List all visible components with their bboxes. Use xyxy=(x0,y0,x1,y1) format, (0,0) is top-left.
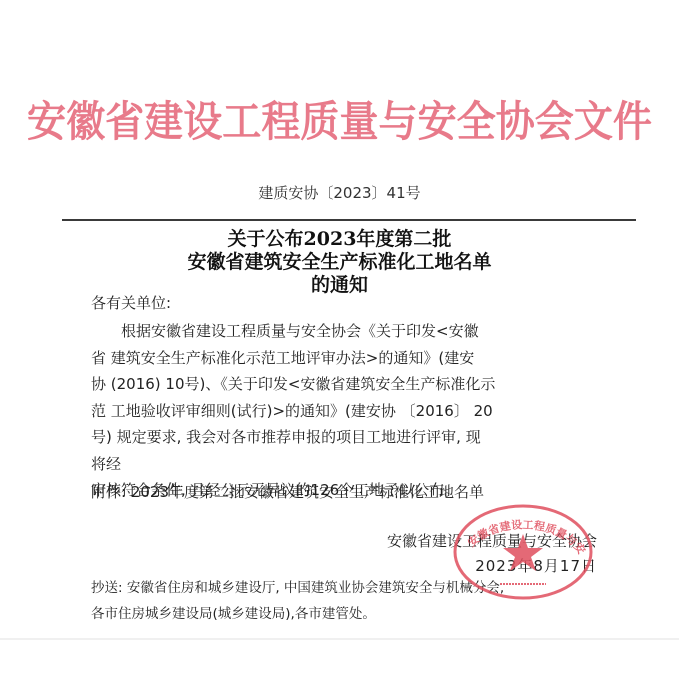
body-line: 省 建筑安全生产标准化示范工地评审办法>的通知》(建安 xyxy=(91,345,603,372)
notice-title: 关于公布2023年度第二批 安徽省建筑安全生产标准化工地名单 的通知 xyxy=(0,228,679,297)
body-line: 协 (2016) 10号)、《关于印发<安徽省建筑安全生产标准化示 xyxy=(91,371,603,398)
body-paragraph: 根据安徽省建设工程质量与安全协会《关于印发<安徽 省 建筑安全生产标准化示范工地… xyxy=(91,318,603,504)
body-line: 将经 xyxy=(91,451,603,478)
body-line: 号) 规定要求, 我会对各市推荐申报的项目工地进行评审, 现 xyxy=(91,424,603,451)
body-line: 根据安徽省建设工程质量与安全协会《关于印发<安徽 xyxy=(91,318,603,345)
page-divider xyxy=(0,638,679,640)
salutation: 各有关单位: xyxy=(91,292,171,314)
cc-list: 抄送: 安徽省住房和城乡建设厅, 中国建筑业协会建筑安全与机械分会, 各市住房城… xyxy=(91,575,504,627)
issue-date: 2023年8月17日 xyxy=(475,555,597,577)
document-page: 安徽省建设工程质量与安全协会文件 建质安协〔2023〕41号 关于公布2023年… xyxy=(0,0,679,640)
signer: 安徽省建设工程质量与安全协会 xyxy=(387,530,597,552)
title-line: 安徽省建筑安全生产标准化工地名单 xyxy=(0,251,679,274)
cc-line: 抄送: 安徽省住房和城乡建设厅, 中国建筑业协会建筑安全与机械分会, xyxy=(91,575,504,601)
attachment-note: 附件: 2023年度第二批安徽省建筑安全生产标准化工地名单 xyxy=(91,481,484,503)
document-number: 建质安协〔2023〕41号 xyxy=(0,183,679,203)
header-rule xyxy=(62,219,636,221)
masthead: 安徽省建设工程质量与安全协会文件 xyxy=(24,97,655,147)
title-line: 关于公布2023年度第二批 xyxy=(0,228,679,251)
body-line: 范 工地验收评审细则(试行)>的通知》(建安协 〔2016〕 20 xyxy=(91,398,603,425)
cc-line: 各市住房城乡建设局(城乡建设局),各市建管处。 xyxy=(91,601,504,627)
